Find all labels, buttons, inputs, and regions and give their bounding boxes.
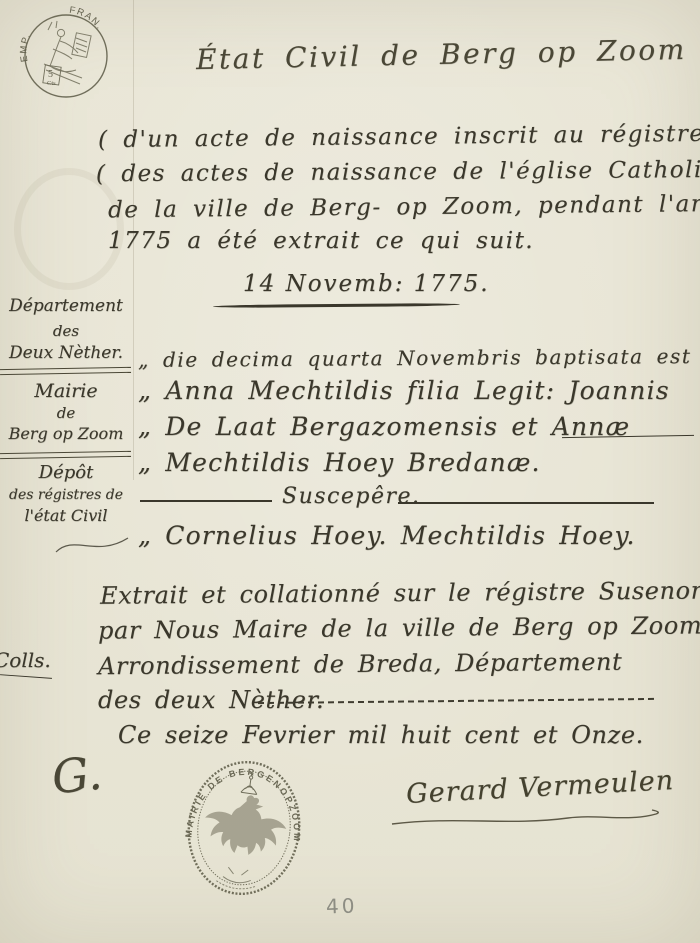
closing-line: Arrondissement de Breda, Département (98, 648, 623, 681)
signature-flourish (388, 806, 664, 830)
record-line: „ die decima quarta Novembris baptisata … (138, 344, 692, 372)
intro-line: ( des actes de naissance de l'église Cat… (96, 157, 700, 188)
revenue-stamp-left-label: EMP. (18, 31, 33, 63)
date-underline (213, 303, 460, 308)
svg-text:EMP.: EMP. (18, 31, 33, 63)
sponsors-names: „ Cornelius Hoey. Mechtildis Hoey. (138, 521, 636, 550)
revenue-stamp-unit: Cts (47, 80, 56, 87)
record-line: „ Mechtildis Hoey Bredanæ. (138, 448, 541, 477)
mayor-paraph: G. (49, 746, 104, 805)
intro-line: ( d'un acte de naissance inscrit au régi… (98, 121, 700, 153)
revenue-stamp-icon: EMP. FRAN. 5 Cts (20, 4, 114, 108)
margin-des: des (0, 322, 132, 340)
mairie-stamp-icon: MAIRIE DE BERGENOPZOOM (171, 749, 318, 907)
margin-colls-note: Colls. (0, 648, 51, 672)
record-line: „ De Laat Bergazomensis et Annæ (138, 412, 630, 441)
margin-depot: Dépôt (0, 462, 132, 483)
eagle-perch-icon (216, 866, 258, 891)
page-title: État Civil de Berg op Zoom (196, 33, 687, 76)
revenue-stamp-value: 5 (48, 69, 53, 80)
margin-flourish (52, 528, 132, 562)
record-line: „ Anna Mechtildis filia Legit: Joannis (138, 376, 670, 405)
margin-berg-op-zoom: Berg op Zoom (0, 424, 132, 443)
page-number: 40 (326, 893, 358, 918)
document-page: EMP. FRAN. 5 Cts État Civil de Berg (0, 0, 700, 943)
record-date-heading: 14 Novemb: 1775. (243, 271, 490, 297)
mayor-signature: Gerard Vermeulen (405, 765, 674, 810)
margin-de: de (0, 404, 132, 422)
intro-line: de la ville de Berg- op Zoom, pendant l'… (108, 191, 700, 224)
intro-line: 1775 a été extrait ce qui suit. (108, 228, 534, 254)
margin-departement: Département (0, 296, 132, 316)
sponsors-heading: Suscepêre. (282, 484, 421, 509)
colls-underline (0, 674, 52, 679)
revenue-stamp-top-label: FRAN. (69, 5, 106, 33)
closing-line: par Nous Maire de la ville de Berg op Zo… (98, 611, 700, 644)
svg-text:FRAN.: FRAN. (69, 5, 106, 33)
margin-deux-nether: Deux Nèther. (0, 343, 132, 363)
margin-divider (0, 451, 131, 459)
margin-divider (0, 367, 131, 375)
eagle-icon (201, 789, 290, 859)
closing-line: des deux Nèther. (98, 686, 324, 714)
sponsors-rule-left (140, 500, 272, 502)
margin-mairie: Mairie (0, 380, 132, 402)
margin-etat-civil: l'état Civil (0, 506, 132, 525)
sponsors-rule-right (398, 502, 654, 504)
closing-date-line: Ce seize Fevrier mil huit cent et Onze. (118, 721, 644, 749)
margin-registres: des régistres de (0, 487, 132, 503)
closing-line: Extrait et collationné sur le régistre S… (100, 576, 700, 610)
